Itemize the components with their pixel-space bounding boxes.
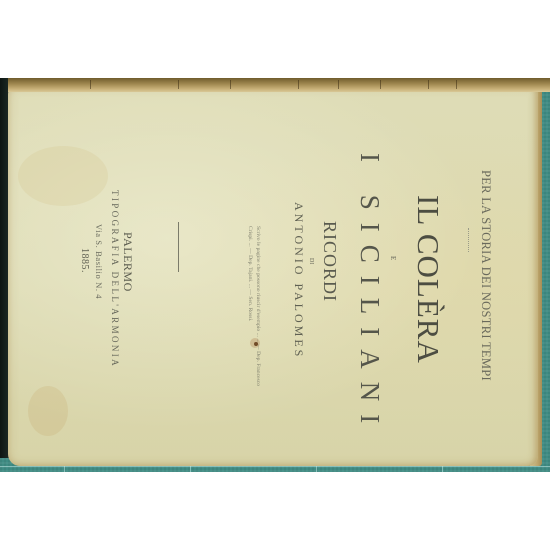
- imprint-printer: TIPOGRAFIA DELL'ARMONIA: [110, 190, 120, 368]
- edge-mark: [90, 80, 91, 89]
- divider-rule: [178, 222, 179, 272]
- epigraph-line: ... — Dep. Tajani.: [247, 242, 253, 282]
- epigraph: Scrivo le pagine che possono riuscir d'e…: [246, 226, 262, 386]
- epigraph-line: ... — Sen. Rossi.: [247, 284, 253, 322]
- title-page: [8, 86, 538, 466]
- author-name: ANTONIO PALOMES: [291, 202, 306, 359]
- main-title-line2: I SICILIANI: [354, 153, 385, 436]
- ornament-rule: [468, 228, 470, 252]
- edge-mark: [338, 80, 339, 89]
- paper-stain: [28, 386, 68, 436]
- by-line: DI: [308, 258, 314, 264]
- epigraph-line: Scrivo le pagine che possono riuscir d'e…: [255, 226, 261, 337]
- main-title-line1: IL COLÈRA: [410, 195, 446, 364]
- conjunction: E: [389, 256, 397, 260]
- imprint-year: 1885.: [79, 248, 90, 273]
- edge-mark: [428, 80, 429, 89]
- edge-mark: [456, 80, 457, 89]
- subtitle: RICORDI: [319, 221, 340, 302]
- edge-mark: [230, 80, 231, 89]
- edge-mark: [298, 80, 299, 89]
- imprint-address: Via S. Basilio N. 4: [94, 224, 104, 299]
- mat-gridline: [0, 466, 550, 467]
- paper-stain: [18, 146, 108, 206]
- series-title: PER LA STORIA DEI NOSTRI TEMPI: [478, 170, 493, 381]
- imprint-city: PALERMO: [120, 232, 135, 292]
- edge-mark: [178, 80, 179, 89]
- edge-mark: [380, 80, 381, 89]
- book-spine-edge: [8, 78, 550, 92]
